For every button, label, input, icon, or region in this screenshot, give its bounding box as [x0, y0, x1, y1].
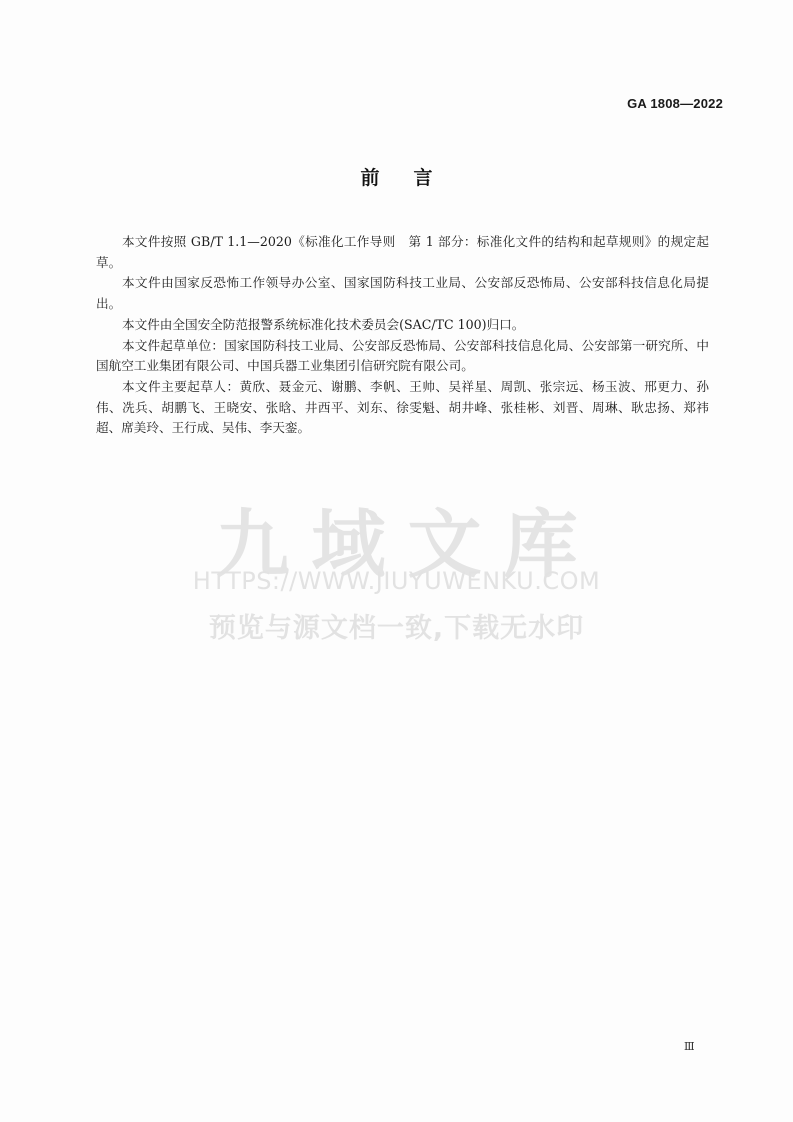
- paragraph-drafting-units: 本文件起草单位：国家国防科技工业局、公安部反恐怖局、公安部科技信息化局、公安部第…: [96, 336, 709, 377]
- watermark-url: HTTPS://WWW.JIUYUWENKU.COM: [0, 567, 793, 595]
- paragraph-centralized-by: 本文件由全国安全防范报警系统标准化技术委员会(SAC/TC 100)归口。: [96, 315, 709, 336]
- paragraph-drafting-rules: 本文件按照 GB/T 1.1—2020《标准化工作导则 第 1 部分：标准化文件…: [96, 232, 709, 273]
- foreword-body: 本文件按照 GB/T 1.1—2020《标准化工作导则 第 1 部分：标准化文件…: [96, 232, 709, 439]
- page-number: Ⅲ: [684, 1040, 695, 1053]
- standard-code: GA 1808—2022: [627, 96, 723, 111]
- watermark-note: 预览与源文档一致,下载无水印: [0, 606, 793, 645]
- paragraph-proposed-by: 本文件由国家反恐怖工作领导办公室、国家国防科技工业局、公安部反恐怖局、公安部科技…: [96, 273, 709, 314]
- paragraph-main-drafters: 本文件主要起草人：黄欣、聂金元、谢鹏、李帆、王帅、吴祥星、周凯、张宗远、杨玉波、…: [96, 377, 709, 439]
- page-title: 前言: [0, 163, 793, 190]
- watermark-brand: 九域文库: [0, 486, 793, 592]
